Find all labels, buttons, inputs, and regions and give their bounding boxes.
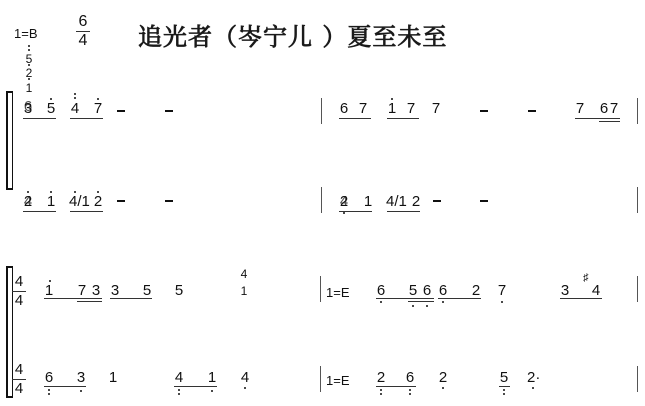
note: 2 [470,283,482,299]
note: 7 [574,101,586,117]
page-title: 追光者（岑宁儿 ）夏至未至 [138,17,447,52]
note: 6 [421,283,433,299]
note: 1 [107,370,119,386]
note: 2 [375,370,387,386]
time-signature: 6 4 [76,14,90,49]
note: 4 [69,101,81,117]
note: 4 [239,370,251,386]
note: 1 [386,101,398,117]
note: 3 [109,283,121,299]
note: 5 [173,283,185,299]
note: 5 [45,101,57,117]
note: 1 [45,194,57,210]
note: 7 [92,101,104,117]
note: 4 [22,194,34,210]
note: 2 [437,370,449,386]
time-signature-bottom: 4 [79,32,88,49]
dash [165,110,173,112]
dash [480,200,488,202]
note: 6 [338,101,350,117]
note: 1 [238,283,250,299]
note: 4/1 [69,194,81,210]
bar-line [321,98,322,124]
time-signature-top: 6 [79,13,88,30]
bar-line [321,187,322,213]
time-signature: 4 4 [12,274,26,309]
key-change: 1=E [326,373,350,388]
bar-line [320,276,321,302]
dash [165,200,173,202]
bar-line [637,98,638,124]
note: 5 [407,283,419,299]
note: 3 [90,283,102,299]
note: 2 [92,194,104,210]
note: 4/1 [386,194,398,210]
note: 7 [430,101,442,117]
note: 7 [496,283,508,299]
note: 6 [43,370,55,386]
note: 3 [559,283,571,299]
note: 5 [498,370,510,386]
note: 2 [410,194,422,210]
bar-line [637,366,638,392]
note: 6 [437,283,449,299]
note: 6 [375,283,387,299]
key-change: 1=E [326,285,350,300]
time-signature: 4 4 [12,362,26,397]
dash [528,110,536,112]
note: 4 [590,283,602,299]
note: 7 [357,101,369,117]
note: 4 [338,194,350,210]
note: 7 [405,101,417,117]
note: 3 [75,370,87,386]
note: 1 [206,370,218,386]
note: 1 [362,194,374,210]
bar-line [320,366,321,392]
note: 2· [527,370,547,386]
bar-line [637,276,638,302]
dash [117,110,125,112]
note: 1 [43,283,55,299]
dash [480,110,488,112]
note: 4 [173,370,185,386]
system-bracket [6,91,12,190]
sharp-icon: ♯ [583,272,589,284]
bar-line [637,187,638,213]
dash [433,200,441,202]
dash [117,200,125,202]
note: 4 [238,266,250,282]
note: 7 [608,101,620,117]
note: 1 [23,80,35,96]
key-signature: 1=B [14,26,38,41]
note: 5 [141,283,153,299]
note: 7 [76,283,88,299]
note: 6 [404,370,416,386]
note: 6 [22,99,34,115]
